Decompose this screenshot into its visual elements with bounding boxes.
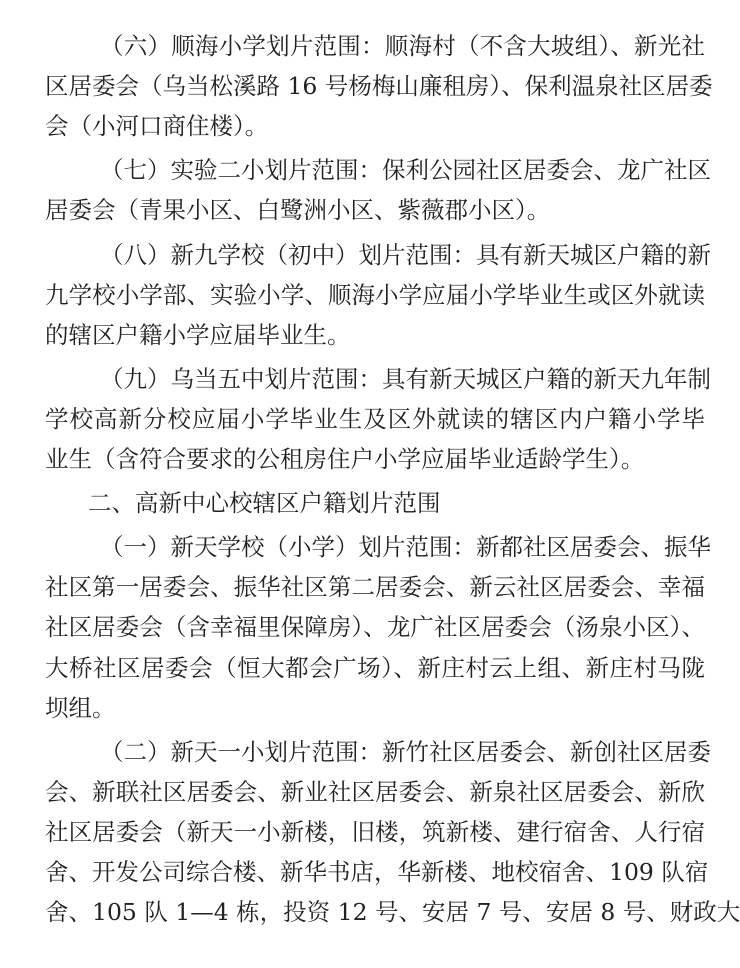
paragraph-7-line-1: （七）实验二小划片范围：保利公园社区居委会、龙广社区	[100, 155, 705, 185]
paragraph-9-line-2: 学校高新分校应届小学毕业生及区外就读的辖区内户籍小学毕	[45, 404, 705, 434]
paragraph-9-line-3: 业生（含符合要求的公租房住户小学应届毕业适龄学生）。	[45, 444, 705, 474]
section-heading-2: 二、高新中心校辖区户籍划片范围	[88, 488, 693, 518]
paragraph-6-line-3: 会（小河口商住楼）。	[45, 111, 705, 141]
paragraph-8-line-2: 九学校小学部、实验小学、顺海小学应届小学毕业生或区外就读	[45, 280, 705, 310]
section-2-paragraph-1-line-1: （一）新天学校（小学）划片范围：新都社区居委会、振华	[100, 532, 705, 562]
paragraph-7-line-2: 居委会（青果小区、白鹭洲小区、紫薇郡小区）。	[45, 195, 705, 225]
paragraph-8-line-3: 的辖区户籍小学应届毕业生。	[45, 320, 705, 350]
section-2-paragraph-2-line-2: 会、新联社区居委会、新业社区居委会、新泉社区居委会、新欣	[45, 777, 705, 807]
section-2-paragraph-1-line-4: 大桥社区居委会（恒大都会广场）、新庄村云上组、新庄村马陇	[45, 653, 705, 683]
section-2-paragraph-2-line-4: 舍、开发公司综合楼、新华书店，华新楼、地校宿舍、109 队宿	[45, 857, 705, 887]
paragraph-9-line-1: （九）乌当五中划片范围：具有新天城区户籍的新天九年制	[100, 364, 705, 394]
section-2-paragraph-1-line-3: 社区居委会（含幸福里保障房）、龙广社区居委会（汤泉小区）、	[45, 612, 705, 642]
section-2-paragraph-2-line-3: 社区居委会（新天一小新楼，旧楼，筑新楼、建行宿舍、人行宿	[45, 817, 705, 847]
document-page: （六）顺海小学划片范围：顺海村（不含大坡组）、新光社 区居委会（乌当松溪路 16…	[0, 0, 740, 968]
paragraph-6-line-2: 区居委会（乌当松溪路 16 号杨梅山廉租房）、保利温泉社区居委	[45, 71, 705, 101]
section-2-paragraph-2-line-5: 舍、105 队 1—4 栋，投资 12 号、安居 7 号、安居 8 号、财政大	[45, 897, 705, 927]
section-2-paragraph-1-line-2: 社区第一居委会、振华社区第二居委会、新云社区居委会、幸福	[45, 572, 705, 602]
paragraph-8-line-1: （八）新九学校（初中）划片范围：具有新天城区户籍的新	[100, 240, 705, 270]
section-2-paragraph-1-line-5: 坝组。	[45, 693, 705, 723]
paragraph-6-line-1: （六）顺海小学划片范围：顺海村（不含大坡组）、新光社	[100, 31, 705, 61]
section-2-paragraph-2-line-1: （二）新天一小划片范围：新竹社区居委会、新创社区居委	[100, 737, 705, 767]
